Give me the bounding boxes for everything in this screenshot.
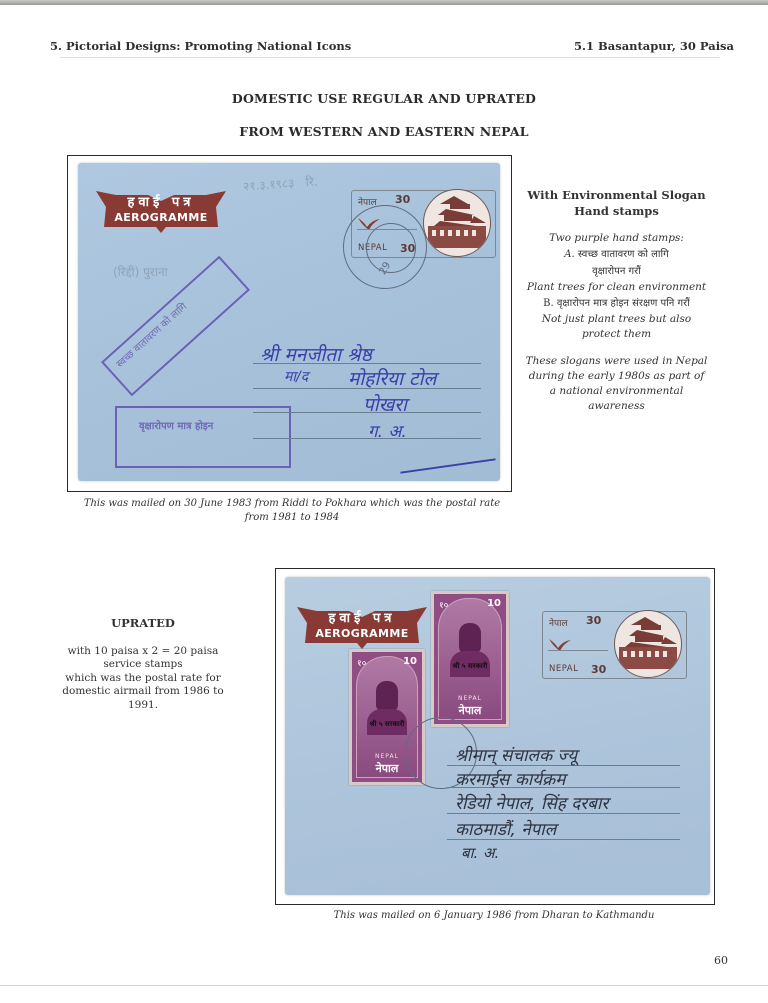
bottom-rule [0, 985, 768, 986]
address-line-2: मोहरिया टोल [348, 365, 436, 391]
address-line-3: पोखरा [363, 391, 407, 417]
aerogramme-hindi-label: हवाई पत्र [297, 608, 427, 626]
header-rule [60, 57, 720, 58]
uprated-heading: UPRATED [28, 617, 258, 631]
page-number: 60 [714, 954, 728, 967]
page-title-line2: FROM WESTERN AND EASTERN NEPAL [0, 124, 768, 139]
slogan-b-translation: Not just plant trees but also protect th… [524, 312, 709, 342]
top-border [0, 0, 768, 5]
uprated-notes: UPRATED with 10 paisa x 2 = 20 paisa ser… [28, 617, 258, 712]
aerogramme-label: हवाई पत्र AEROGRAMME [297, 605, 427, 647]
address-line-5: बा. अ. [461, 843, 499, 863]
slogan-heading-1: With Environmental Slogan [524, 187, 709, 203]
aerogramme-cover-regular: २१.३.१९८३ रि. (रिद्दी) पुराना हवाई पत्र … [78, 163, 500, 481]
pencil-notes: २१.३.१९८३ रि. [242, 172, 318, 194]
handstamp-slogan-b: वृक्षारोपण मात्र होइन [115, 406, 291, 468]
address-line-3: रेडियो नेपाल, सिंह दरबार [455, 791, 608, 814]
slogan-intro: Two purple hand stamps: [524, 231, 709, 246]
page-title-line1: DOMESTIC USE REGULAR AND UPRATED [0, 91, 768, 106]
section-header: 5. Pictorial Designs: Promoting National… [50, 39, 351, 53]
address-line-4: ग. अ. [368, 419, 407, 442]
slogan-b: B. वृक्षारोपन मात्र होइन संरक्षण पनि गरौ… [524, 295, 709, 312]
basantapur-temple-image [614, 610, 682, 678]
slogan-history-note: These slogans were used in Nepal during … [524, 354, 709, 414]
address-line-2: करमाईस कार्यक्रम [455, 767, 565, 790]
caption-uprated-cover: This was mailed on 6 January 1986 from D… [278, 909, 710, 923]
aerogramme-english-label: AEROGRAMME [297, 627, 427, 640]
printed-indicium: नेपाल 30 NEPAL 30 [542, 611, 687, 679]
address-prefix: मा/द [284, 367, 308, 386]
slogan-a-line2: वृक्षारोपन गरौं [524, 263, 709, 280]
address-line-1: श्रीमान् संचालक ज्यू [455, 743, 577, 766]
aerogramme-cover-uprated: हवाई पत्र AEROGRAMME १० 10 श्री ५ सरकारी… [285, 577, 710, 895]
aerogramme-english-label: AEROGRAMME [96, 211, 226, 224]
caption-regular-cover: This was mailed on 30 June 1983 from Rid… [72, 497, 512, 525]
address-line-4: काठमाडौं, नेपाल [455, 817, 556, 840]
slogan-a-translation: Plant trees for clean environment [524, 280, 709, 295]
slogan-notes: With Environmental Slogan Hand stamps Tw… [524, 187, 709, 414]
basantapur-temple-image [423, 189, 491, 257]
aerogramme-hindi-label: हवाई पत्र [96, 192, 226, 210]
service-stamp-2: १० 10 श्री ५ सरकारी NEPAL नेपाल [431, 591, 509, 727]
cover-frame-uprated: हवाई पत्र AEROGRAMME १० 10 श्री ५ सरकारी… [275, 568, 715, 905]
indicium-value-top: 30 [395, 193, 410, 206]
address-line-1: श्री मनजीता श्रेष्ठ [260, 341, 372, 367]
bird-icon [549, 636, 571, 655]
slogan-heading-2: Hand stamps [524, 203, 709, 219]
slogan-a: A. स्वच्छ वातावरण को लागि [524, 246, 709, 263]
aerogramme-label: हवाई पत्र AEROGRAMME [96, 189, 226, 231]
subsection-header: 5.1 Basantapur, 30 Paisa [574, 39, 734, 53]
cover-frame-regular: २१.३.१९८३ रि. (रिद्दी) पुराना हवाई पत्र … [67, 155, 512, 492]
pencil-notes: (रिद्दी) पुराना [113, 263, 168, 280]
